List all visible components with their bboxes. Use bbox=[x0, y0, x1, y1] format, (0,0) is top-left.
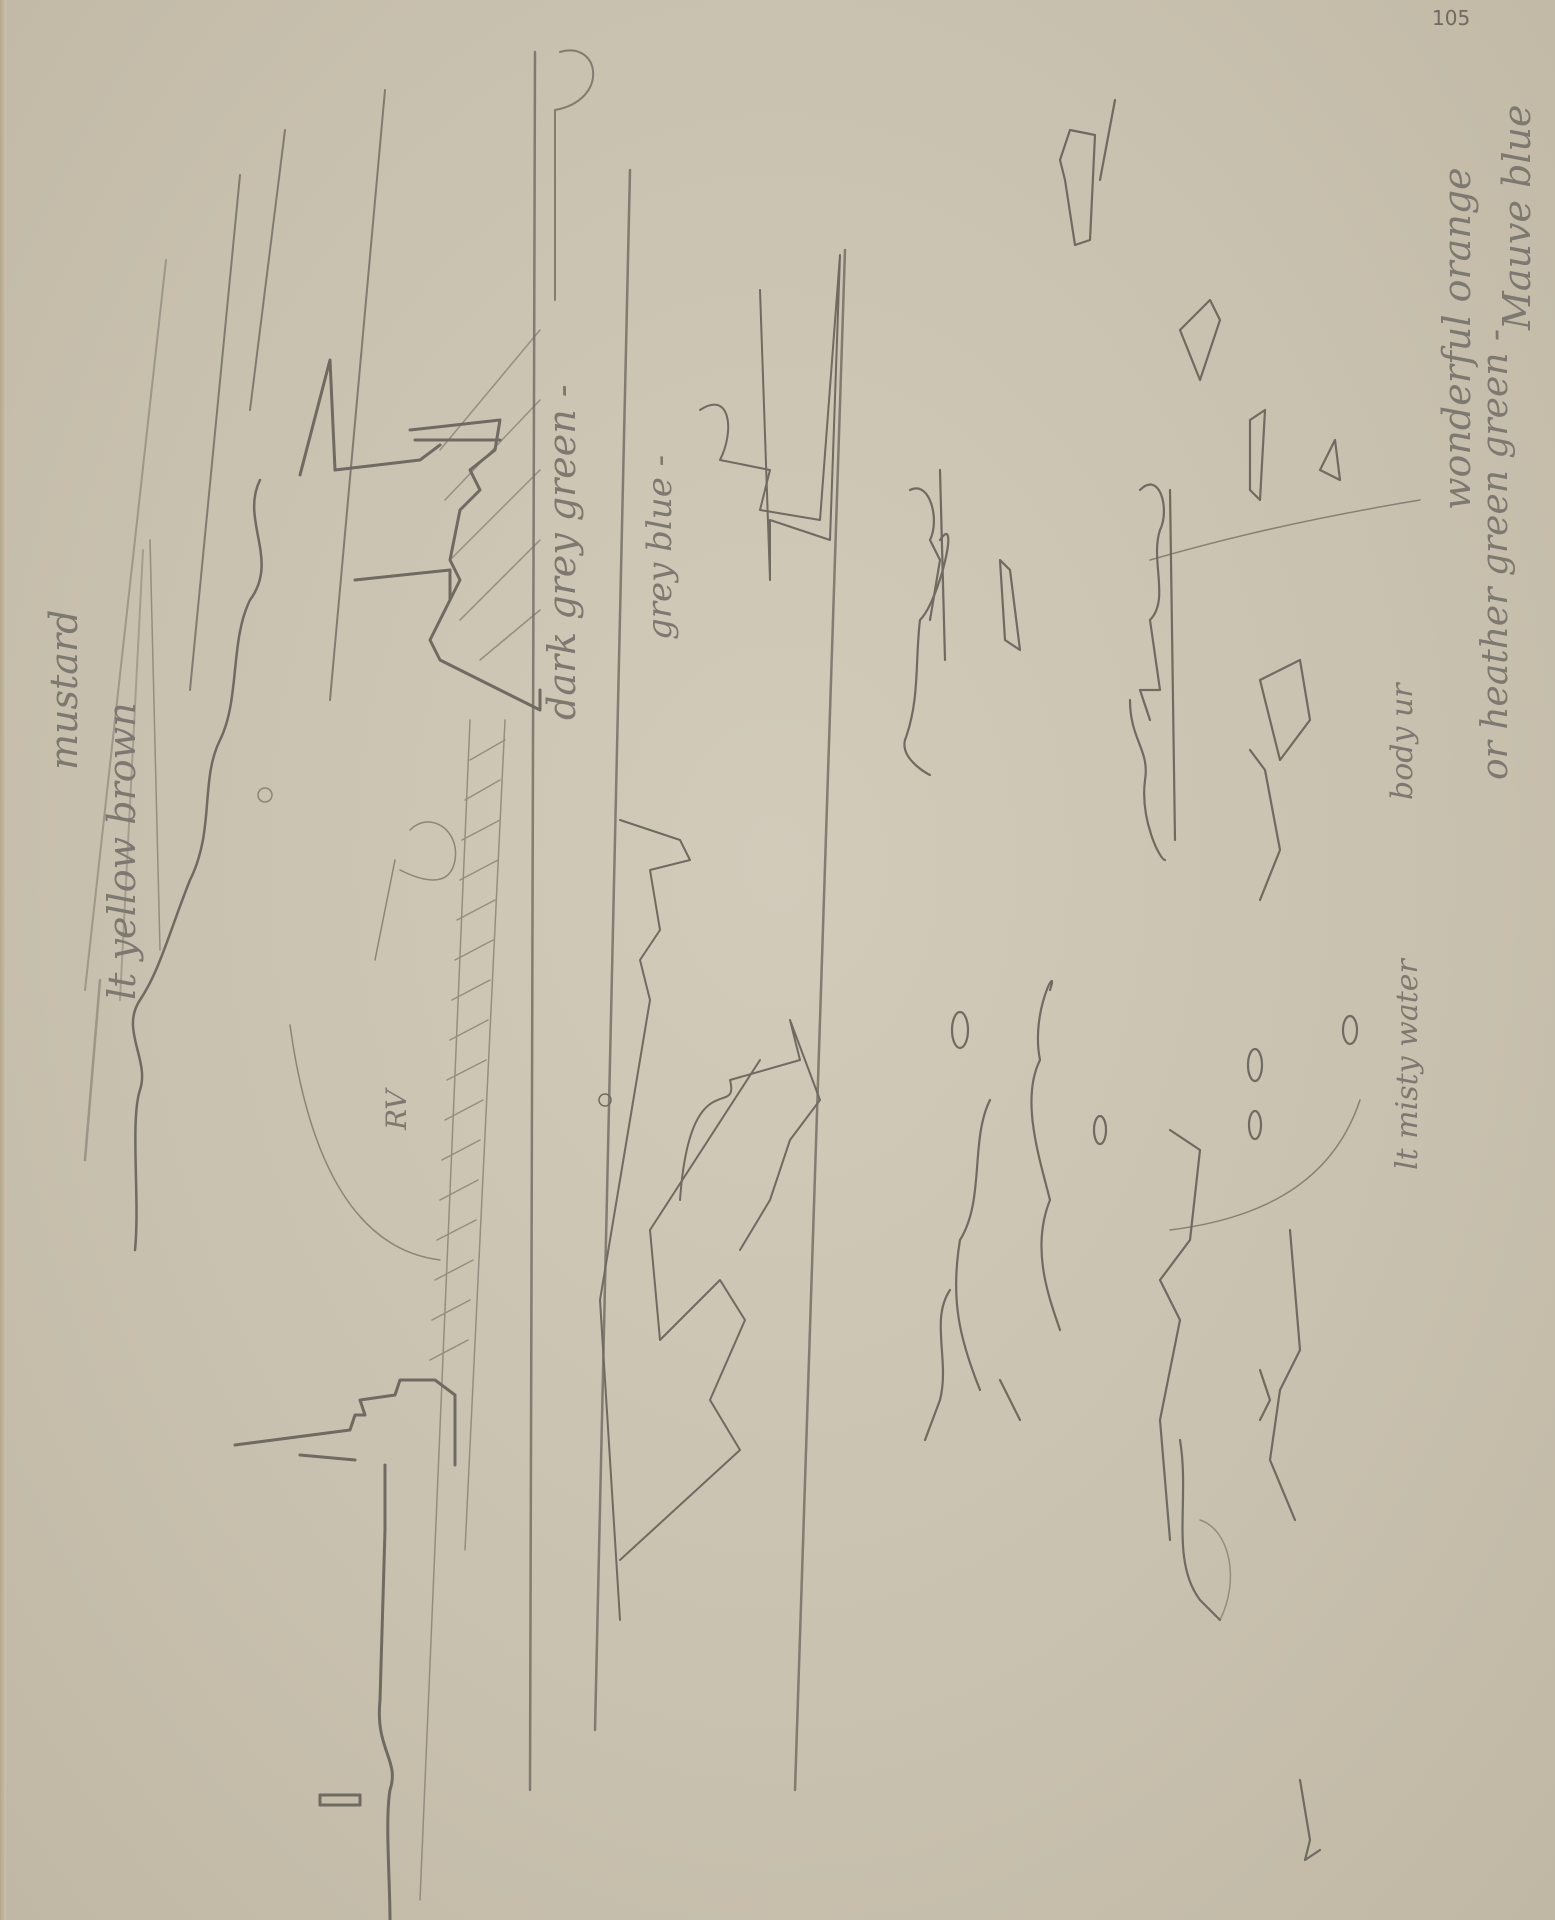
town-silhouette-top bbox=[300, 360, 540, 710]
note-mauve-blue: Mauve blue bbox=[1495, 104, 1539, 330]
note-light-yellow-brown: lt yellow brown bbox=[100, 702, 144, 1000]
pencil-sketch bbox=[0, 0, 1555, 1920]
water-reflections bbox=[599, 255, 840, 1620]
horizon-lines bbox=[85, 50, 845, 1790]
hatched-wall bbox=[420, 330, 540, 1900]
note-wonderful-orange: wonderful orange bbox=[1435, 167, 1479, 510]
annotation-arrows bbox=[1150, 500, 1420, 1230]
note-underline bbox=[150, 540, 160, 950]
note-body: body ur bbox=[1385, 683, 1420, 800]
note-mustard: mustard bbox=[42, 610, 86, 770]
cloud-patches bbox=[904, 100, 1357, 1860]
note-dark-grey-green: dark grey green - bbox=[540, 384, 584, 720]
sketchbook-page: 105 mustard lt yellow brown dark grey gr… bbox=[0, 0, 1555, 1920]
note-grey-blue: grey blue - bbox=[640, 455, 680, 640]
note-heather-green: or heather green green - bbox=[1475, 329, 1516, 780]
note-light-misty-water: lt misty water bbox=[1390, 959, 1425, 1170]
page-number: 105 bbox=[1432, 6, 1470, 30]
sun-and-arc bbox=[258, 788, 456, 1260]
note-rv: RV bbox=[380, 1090, 413, 1130]
